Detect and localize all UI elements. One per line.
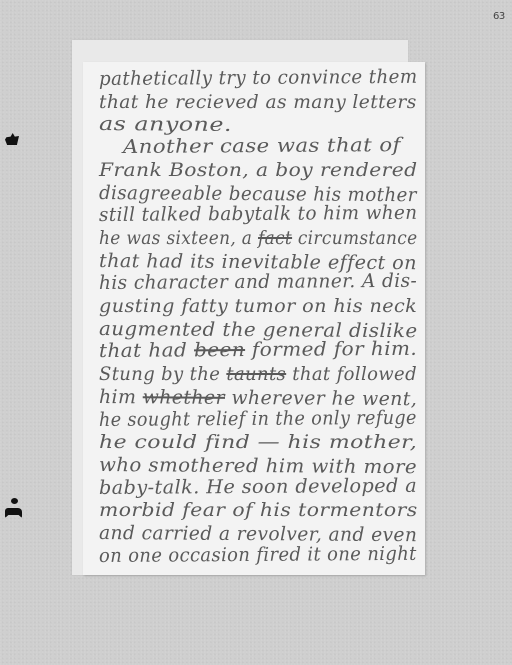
manuscript-text: pathetically try to convince themthat he… (83, 62, 425, 575)
struck-word: whether (143, 386, 225, 409)
line-text: he was sixteen, a (99, 227, 258, 249)
line-text: he could find — his mother, (99, 431, 417, 453)
line-text: he sought relief in the only refuge (99, 406, 417, 430)
manuscript-line: still talked babytalk to him when (99, 204, 418, 225)
line-text: gusting fatty tumor on his neck (99, 295, 417, 317)
page-number: 63 (493, 11, 505, 22)
manuscript-line: him whether wherever he went, (99, 388, 417, 409)
binding-mark-top (5, 133, 19, 145)
line-text: morbid fear of his tormentors (99, 499, 418, 521)
line-text: that he recieved as many letters (99, 91, 417, 113)
binding-mark-dot (11, 498, 18, 504)
struck-word: taunts (226, 363, 286, 385)
manuscript-line: morbid fear of his tormentors (99, 501, 418, 520)
line-text: still talked babytalk to him when (99, 202, 418, 226)
manuscript-line: his character and manner. A dis- (99, 272, 417, 293)
manuscript-line: gusting fatty tumor on his neck (99, 297, 417, 316)
line-text-continued: circumstance (292, 227, 417, 249)
manuscript-line: Frank Boston, a boy rendered (99, 161, 417, 180)
manuscript-sheet: pathetically try to convince themthat he… (83, 62, 425, 575)
manuscript-line: baby-talk. He soon developed a (99, 476, 417, 497)
manuscript-line: and carried a revolver, and even (99, 524, 417, 545)
struck-word: fact (258, 227, 292, 249)
line-text-continued: formed for him. (245, 338, 417, 361)
line-text: pathetically try to convince them (99, 66, 418, 90)
line-text: baby-talk. He soon developed a (99, 474, 417, 498)
manuscript-line: on one occasion fired it one night (99, 544, 417, 565)
manuscript-line: he sought relief in the only refuge (99, 408, 417, 429)
line-text: him (99, 386, 143, 408)
line-text: his character and manner. A dis- (99, 270, 417, 294)
line-text: as anyone. (99, 113, 232, 136)
line-text: Frank Boston, a boy rendered (99, 159, 417, 181)
manuscript-line: that he recieved as many letters (99, 93, 417, 112)
manuscript-line: pathetically try to convince them (99, 68, 418, 89)
manuscript-line: he was sixteen, a fact circumstance (99, 229, 418, 248)
manuscript-line: Another case was that of (123, 136, 401, 157)
line-text: Another case was that of (123, 134, 401, 158)
manuscript-line: that had been formed for him. (99, 340, 417, 361)
line-text: Stung by the (99, 363, 226, 385)
manuscript-line: as anyone. (99, 115, 232, 135)
manuscript-line: Stung by the taunts that followed (99, 365, 417, 384)
line-text: on one occasion fired it one night (99, 542, 417, 566)
struck-word: been (194, 339, 245, 361)
line-text: that had (99, 340, 194, 363)
binding-mark-bottom (5, 508, 22, 518)
line-text-continued: that followed (286, 363, 417, 385)
manuscript-line: who smothered him with more (99, 456, 417, 477)
manuscript-line: he could find — his mother, (99, 433, 417, 452)
